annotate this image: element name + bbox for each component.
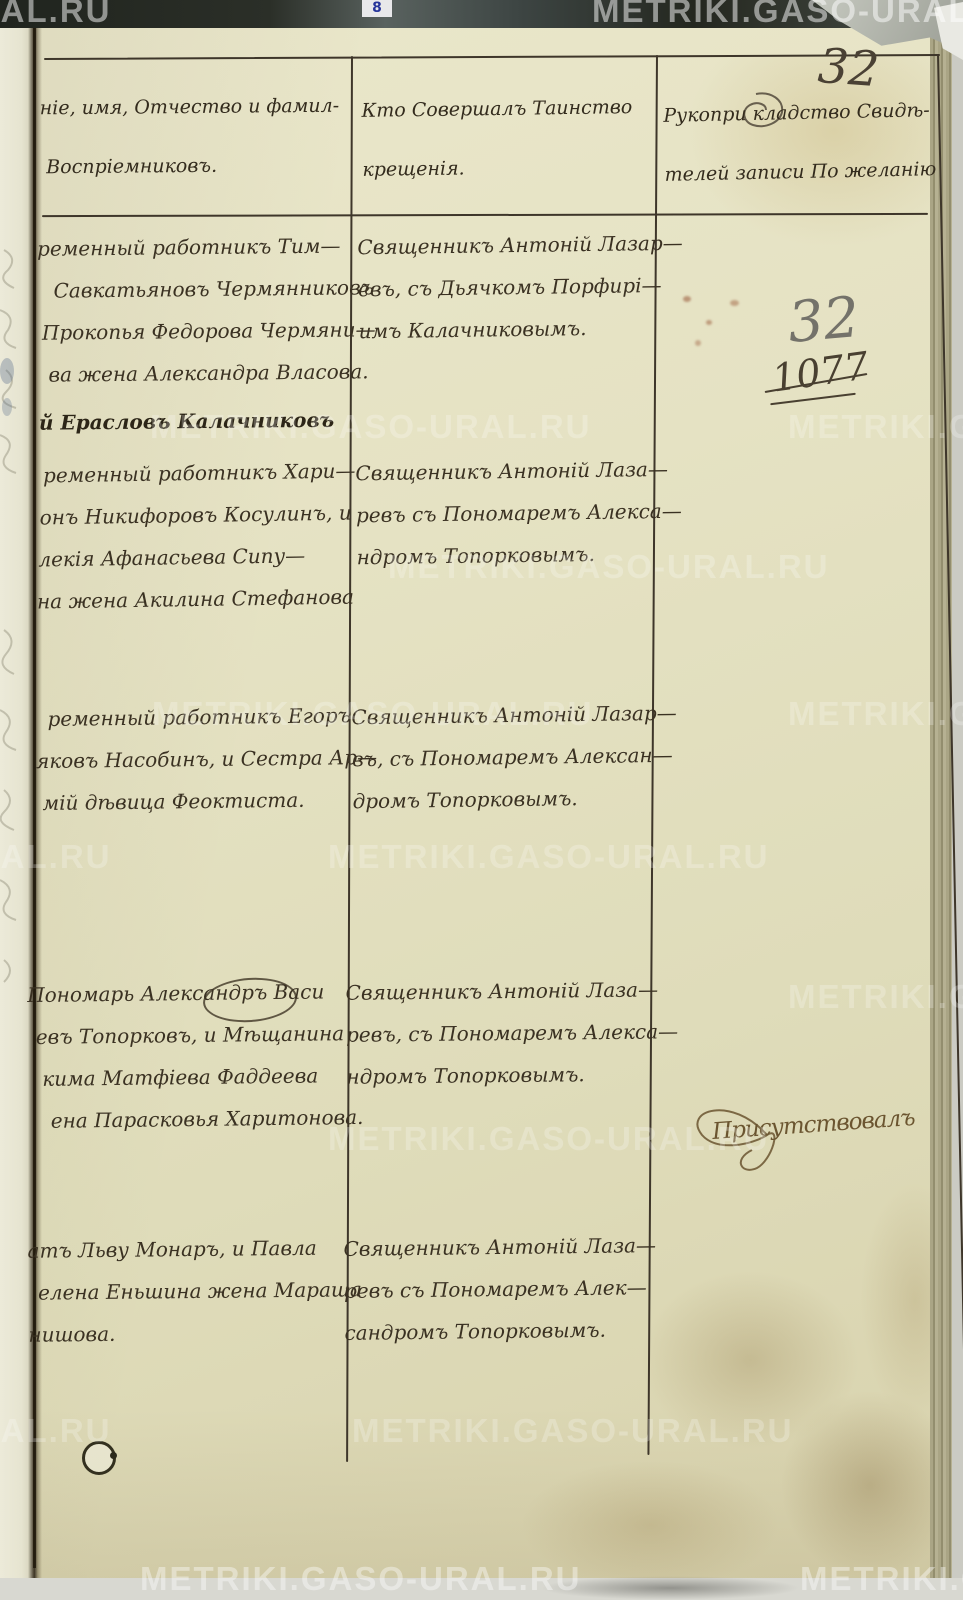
- entry-2-godparents: ременный работникъ Хари— онъ Никифоровъ …: [35, 449, 358, 622]
- rust-speck: [706, 320, 712, 325]
- stain: [640, 1270, 860, 1450]
- entry-1-officiant: Священникъ Антоній Лазар— евъ, съ Дьячко…: [357, 222, 684, 353]
- entry-4-godparents: Пономарь Александръ Васи евъ Топорковъ, …: [27, 970, 364, 1142]
- handwritten-line: лекія Афанасьева Сипу—: [36, 533, 357, 580]
- header-line: Воспріемниковъ.: [40, 136, 340, 198]
- entry-1-godparents: ременный работникъ Тим— Савкатьяновъ Чер…: [37, 224, 377, 444]
- handwritten-line: Священникъ Антоній Лаза—: [345, 968, 678, 1013]
- handwritten-line: й Ерасловъ Калачниковъ: [39, 398, 377, 444]
- handwritten-line: ревъ съ Пономаремъ Алек—: [344, 1266, 657, 1312]
- entry-5-godparents: атъ Льву Монаръ, и Павла елена Еньшина ж…: [27, 1226, 362, 1355]
- header-line: крещенія.: [362, 137, 633, 200]
- hole-punch-dot: [110, 1452, 117, 1459]
- handwritten-line: елена Еньшина жена Мараша: [28, 1268, 362, 1313]
- header-line: Кто Совершалъ Таинство: [361, 78, 632, 141]
- header-line: ніе, имя, Отчество и фамил-: [39, 77, 339, 139]
- archive-sheet-label: 8: [362, 0, 392, 17]
- handwritten-line: имъ Калачниковымъ.: [358, 306, 684, 353]
- handwritten-line: ременный работникъ Тим—: [37, 224, 375, 270]
- entry-3-officiant: Священникъ Антоній Лазар— въ, съ Пономар…: [351, 692, 678, 823]
- watermark-text: METRIKI.GASO-URAL.RU: [328, 838, 769, 876]
- handwritten-line: Прокопья Федорова Чермяни—: [38, 308, 376, 354]
- header-godparents-column: ніе, имя, Отчество и фамил- Воспріемнико…: [39, 77, 339, 198]
- watermark-text: METRIKI.GASO-URAL.RU: [328, 1120, 769, 1158]
- rust-speck: [730, 300, 739, 306]
- entry-5-officiant: Священникъ Антоній Лаза— ревъ съ Пономар…: [343, 1224, 657, 1354]
- rust-speck: [683, 296, 691, 302]
- handwritten-line: Священникъ Антоній Лазар—: [357, 222, 683, 269]
- handwritten-line: ндромъ Топорковымъ.: [346, 1052, 679, 1097]
- handwritten-line: въ, съ Пономаремъ Алексан—: [352, 734, 678, 781]
- table-top-rule: [44, 54, 940, 60]
- rust-speck: [695, 340, 701, 346]
- handwritten-line: мій дѣвица Феоктиста.: [36, 778, 378, 824]
- handwritten-line: кима Матфіева Фаддеева: [28, 1054, 363, 1100]
- record-number-ink: 1077: [769, 343, 871, 400]
- entry-3-godparents: ременный работникъ Егоръ яковъ Насобинъ,…: [35, 694, 378, 824]
- handwritten-line: нишова.: [28, 1310, 362, 1355]
- header-line: Рукопри кладство Свидѣ-: [663, 81, 936, 146]
- scanned-metric-book-page: 8 32 32 1077 ніе, имя, Отчество и фамил-…: [0, 0, 963, 1600]
- handwritten-line: Савкатьяновъ Чермянниковъ: [37, 266, 375, 312]
- handwritten-line: ва жена Александра Власова.: [38, 350, 376, 396]
- handwritten-line: яковъ Насобинъ, и Сестра Ар—: [36, 736, 378, 782]
- handwritten-line: евъ Топорковъ, и Мѣщанина: [27, 1012, 362, 1058]
- header-signatures-column: Рукопри кладство Свидѣ- телей записи По …: [663, 81, 937, 205]
- handwritten-line: на жена Акилина Стефанова: [37, 575, 358, 622]
- entry-2-officiant: Священникъ Антоній Лаза— ревъ съ Пономар…: [355, 448, 682, 579]
- watermark-text: METRIKI.GASO-URAL.RU: [352, 1412, 793, 1450]
- handwritten-line: Пономарь Александръ Васи: [27, 970, 362, 1016]
- table-header-rule: [42, 213, 928, 217]
- bottom-smudge: [540, 1576, 800, 1600]
- header-officiant-column: Кто Совершалъ Таинство крещенія.: [361, 78, 633, 200]
- entry-4-officiant: Священникъ Антоній Лаза— ревъ, съ Понома…: [345, 968, 678, 1097]
- handwritten-line: евъ, съ Дьячкомъ Порфирі—: [358, 264, 684, 311]
- handwritten-line: сандромъ Топорковымъ.: [344, 1308, 657, 1354]
- handwritten-line: онъ Никифоровъ Косулинъ, и: [35, 491, 356, 538]
- handwritten-line: дромъ Топорковымъ.: [352, 776, 678, 823]
- handwritten-line: ена Парасковья Харитонова.: [29, 1096, 364, 1142]
- signature-text: Присутствовалъ: [711, 1105, 915, 1145]
- handwritten-line: ревъ, съ Пономаремъ Алекса—: [346, 1010, 679, 1055]
- handwritten-line: атъ Льву Монаръ, и Павла: [27, 1226, 361, 1271]
- stain: [520, 1460, 780, 1590]
- scanner-background-bottom: [0, 1578, 963, 1600]
- handwritten-line: ременный работникъ Егоръ: [35, 694, 377, 740]
- header-line: телей записи По желанію: [664, 140, 937, 205]
- handwritten-line: ременный работникъ Хари—: [35, 449, 356, 496]
- handwritten-line: Священникъ Антоній Лазар—: [351, 692, 677, 739]
- handwritten-line: Священникъ Антоній Лаза—: [355, 448, 681, 495]
- handwritten-line: ндромъ Топорковымъ.: [356, 532, 682, 579]
- handwritten-line: ревъ съ Пономаремъ Алекса—: [356, 490, 682, 537]
- handwritten-line: Священникъ Антоній Лаза—: [343, 1224, 656, 1270]
